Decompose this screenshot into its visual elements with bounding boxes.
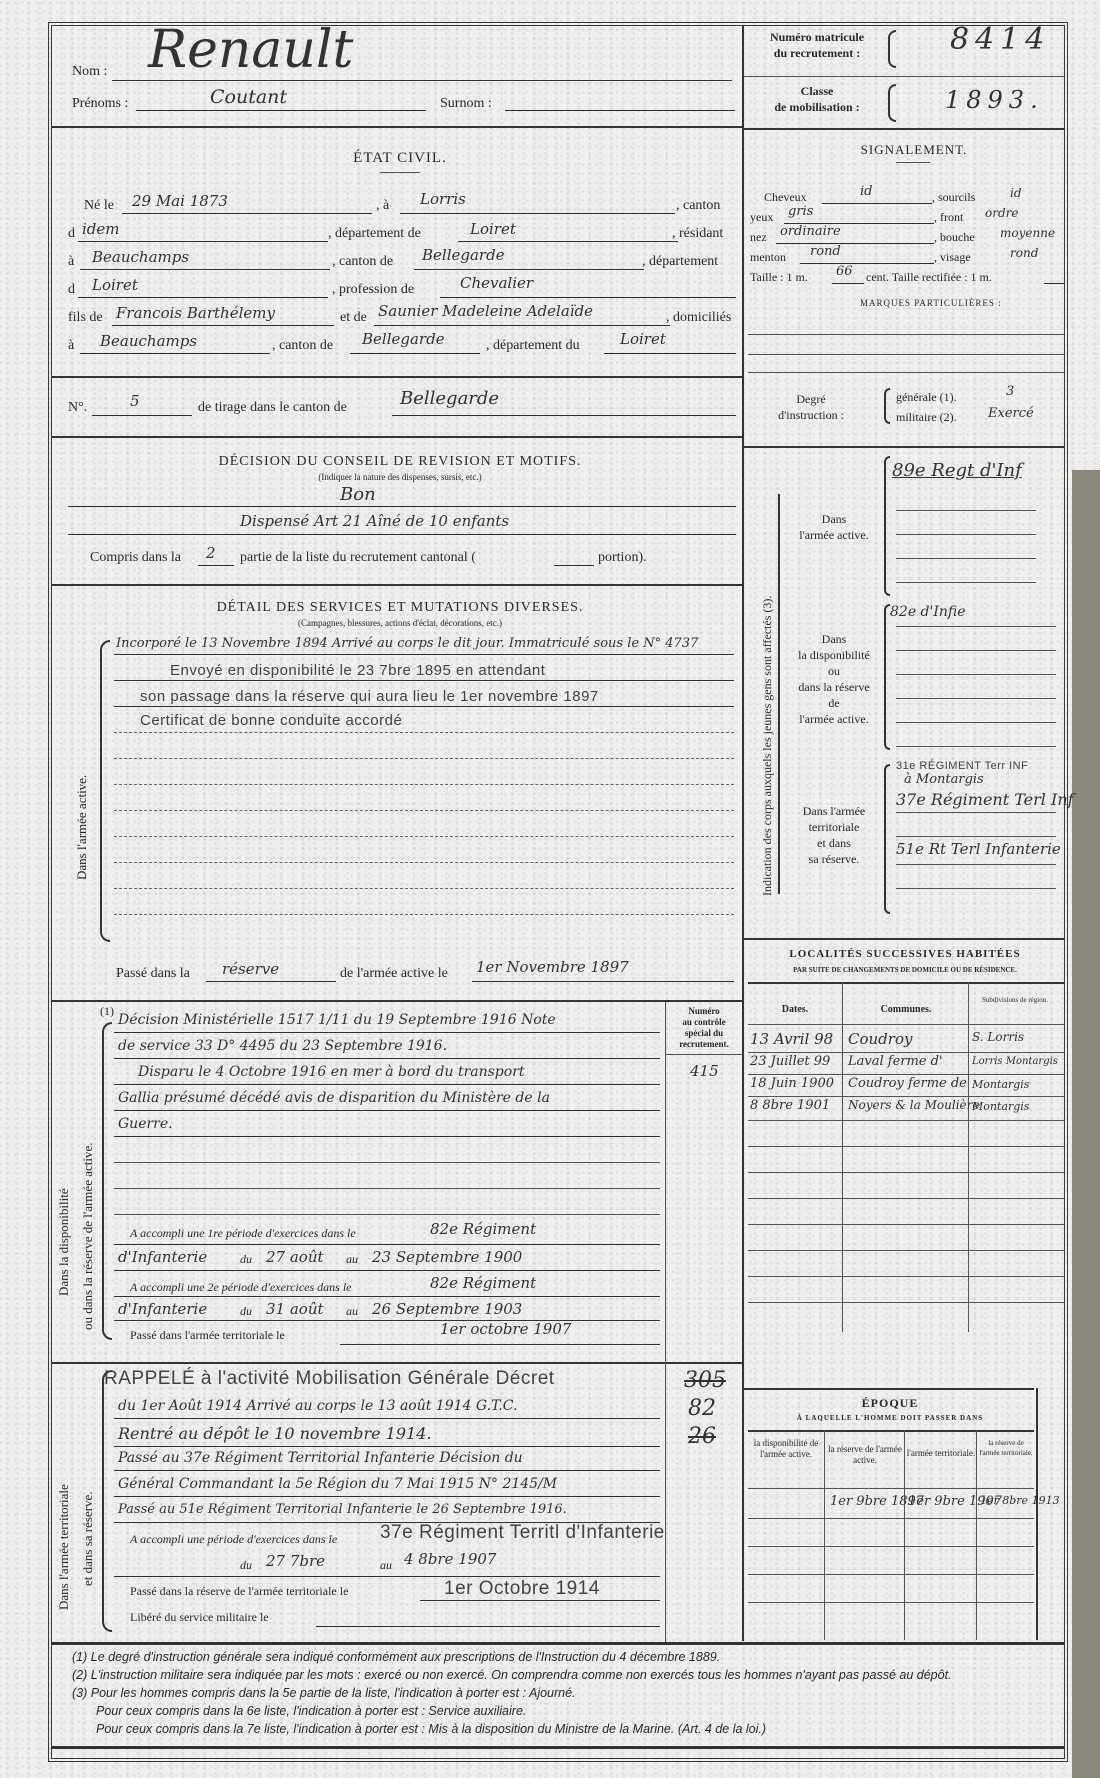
- epoque-rule: [748, 1602, 1034, 1603]
- decision-subtitle: (Indiquer la nature des dispenses, sursi…: [250, 472, 550, 482]
- footnote-5: Pour ceux compris dans la 7e liste, l'in…: [96, 1722, 766, 1736]
- dispo-label-2: ou: [784, 664, 884, 679]
- service-line-4: Certificat de bonne conduite accordé: [140, 712, 402, 729]
- divider: [52, 584, 742, 586]
- signalement-title: SIGNALEMENT.: [844, 142, 984, 158]
- terr-value-3: 51e Rt Terl Infanterie: [896, 840, 1061, 858]
- ne-le-label: Né le: [84, 198, 114, 214]
- matricule-label-1: Numéro matricule: [752, 30, 882, 45]
- instruction-label-2: d'instruction :: [756, 408, 866, 423]
- localites-rule: [748, 1074, 1064, 1075]
- compris-label-1: Compris dans la: [90, 550, 181, 566]
- sourcils-value: id: [1010, 186, 1022, 200]
- a-label: , à: [376, 198, 389, 214]
- localites-subtitle: PAR SUITE DE CHANGEMENTS DE DOMICILE OU …: [760, 966, 1050, 974]
- visage-label: , visage: [934, 250, 971, 265]
- divider: [52, 1362, 742, 1364]
- epoque-col-divider: [824, 1430, 825, 1640]
- nez-value: ordinaire: [780, 224, 841, 239]
- nez-underline: [776, 243, 934, 244]
- residant-label: , résidant: [672, 226, 723, 242]
- localites-rule: [748, 1052, 1064, 1053]
- dispo-label-5: l'armée active.: [784, 712, 884, 727]
- instruction-brace: [884, 388, 890, 424]
- localites-col-divider: [968, 982, 969, 1332]
- territoriale-label: Passé dans l'armée territoriale le: [130, 1328, 285, 1343]
- corps-rule: [896, 558, 1036, 559]
- reserve-brace: [102, 1022, 112, 1340]
- ex1-du-label: du: [240, 1252, 252, 1267]
- yeux-value: gris: [788, 204, 813, 219]
- taille-rectifiee-underline: [1044, 283, 1064, 284]
- cheveux-value: id: [860, 184, 872, 199]
- departement2-underline: [78, 297, 328, 298]
- compris-underline: [198, 565, 234, 566]
- localite-subdivision-3: Montargis: [972, 1100, 1029, 1113]
- services-side-label: Dans l'armée active.: [74, 775, 90, 880]
- ex1-value-a: 82e Régiment: [430, 1220, 536, 1238]
- ex1-value-b: d'Infanterie: [118, 1248, 207, 1266]
- ex1-au-label: au: [346, 1252, 358, 1267]
- service-rule: [114, 732, 734, 733]
- ex2-value-a: 82e Régiment: [430, 1274, 536, 1292]
- controle-header-1: Numéro: [666, 1006, 742, 1016]
- reserve-rule: [114, 1032, 660, 1033]
- profession-label: , profession de: [332, 282, 414, 298]
- epoque-header-rule: [748, 1430, 1034, 1432]
- bouche-label: , bouche: [934, 230, 975, 245]
- localite-commune-2: Coudroy ferme de: [848, 1076, 967, 1091]
- passe-underline-1: [206, 981, 336, 982]
- canton2-label: , canton de: [332, 254, 393, 270]
- mere-underline: [374, 325, 670, 326]
- nez-label: nez: [750, 230, 767, 245]
- localite-subdivision-1: Lorris Montargis: [972, 1056, 1058, 1067]
- dispo-label-4: de: [784, 696, 884, 711]
- canton-label: , canton: [676, 198, 720, 214]
- menton-label: menton: [750, 250, 786, 265]
- corps-rule: [896, 812, 1056, 813]
- active-label-1: Dans: [784, 512, 884, 527]
- bouche-value: moyenne: [1000, 226, 1055, 240]
- residant-underline: [80, 269, 330, 270]
- territoriale-rule: [114, 1418, 660, 1419]
- footnote-3: (3) Pour les hommes compris dans la 5e p…: [72, 1686, 576, 1700]
- terr-value-1: à Montargis: [904, 772, 984, 787]
- active-brace: [884, 456, 890, 596]
- reserve-line-2: de service 33 D° 4495 du 23 Septembre 19…: [118, 1038, 447, 1054]
- localites-rule: [748, 1024, 1064, 1025]
- title-rule: [896, 162, 930, 163]
- canton2-underline: [414, 269, 644, 270]
- nom-underline: [112, 80, 732, 81]
- reserve-footnote-mark: (1): [100, 1004, 114, 1019]
- epoque-col-2: l'armée territoriale.: [906, 1448, 976, 1459]
- service-rule: [114, 836, 734, 837]
- departement-value: Loiret: [470, 220, 516, 238]
- service-rule: [114, 654, 734, 655]
- reserve-line-1: Décision Ministérielle 1517 1/11 du 19 S…: [118, 1012, 556, 1028]
- service-rule: [114, 888, 734, 889]
- localites-col-subdivisions: Subdivisions de région.: [970, 996, 1060, 1004]
- corps-rule: [896, 582, 1036, 583]
- localites-rule: [748, 1302, 1064, 1303]
- divider: [52, 126, 742, 128]
- passe-underline-2: [472, 981, 734, 982]
- controle-value-1: 305: [684, 1368, 726, 1393]
- footnote-4: Pour ceux compris dans la 6e liste, l'in…: [96, 1704, 526, 1718]
- corps-rule: [896, 722, 1056, 723]
- divider: [744, 76, 1064, 77]
- localites-col-dates: Dates.: [750, 1004, 840, 1015]
- yeux-label: yeux: [750, 210, 773, 225]
- active-label-2: l'armée active.: [784, 528, 884, 543]
- terr-ex-label: A accompli une période d'exercices dans …: [130, 1532, 337, 1547]
- terr-ex-du-label: du: [240, 1558, 252, 1573]
- localite-date-1: 23 Juillet 99: [750, 1054, 830, 1069]
- localite-date-3: 8 8bre 1901: [750, 1098, 830, 1113]
- departement-underline: [458, 241, 678, 242]
- profession-underline: [440, 297, 736, 298]
- controle-divider: [665, 1002, 666, 1362]
- corps-rule: [896, 650, 1056, 651]
- epoque-right-divider: [1036, 1388, 1038, 1640]
- divider: [52, 436, 742, 438]
- corps-side-label: Indication des corps auxquels les jeunes…: [760, 596, 775, 896]
- reserve-rule: [114, 1320, 660, 1321]
- service-rule: [114, 706, 734, 707]
- canton2-value: Bellegarde: [422, 246, 505, 264]
- tirage-canton-underline: [392, 415, 736, 416]
- controle-value: 415: [690, 1062, 719, 1080]
- profession-value: Chevalier: [460, 274, 533, 292]
- epoque-rule: [748, 1574, 1034, 1575]
- ex2-label: A accompli une 2e période d'exercices da…: [130, 1280, 352, 1295]
- controle-value-2: 82: [688, 1396, 716, 1421]
- localites-header-rule: [748, 982, 1064, 984]
- classe-brace: [888, 84, 896, 122]
- pere-value: Francois Barthélemy: [116, 304, 275, 322]
- localites-col-divider: [842, 982, 843, 1332]
- localites-rule: [748, 1250, 1064, 1251]
- bottom-border: [52, 1746, 1064, 1749]
- taille-label: Taille : 1 m.: [750, 270, 808, 285]
- corps-rule: [896, 864, 1056, 865]
- epoque-rule: [748, 1546, 1034, 1547]
- service-rule: [114, 784, 734, 785]
- territoriale-side-label-1: Dans l'armée territoriale: [56, 1484, 72, 1610]
- corps-rule: [896, 746, 1056, 747]
- domicile-underline: [80, 353, 270, 354]
- marques-rule: [748, 334, 1064, 335]
- localites-rule: [748, 1198, 1064, 1199]
- territoriale-underline: [340, 1344, 660, 1345]
- classe-label-1: Classe: [752, 84, 882, 99]
- column-divider: [742, 26, 744, 1641]
- classe-value: 1893.: [945, 86, 1044, 114]
- residant-a-value: Beauchamps: [92, 248, 189, 266]
- ex2-value-b: d'Infanterie: [118, 1300, 207, 1318]
- terr-value-0: 31e RÉGIMENT Terr INF: [896, 760, 1028, 772]
- ex1-du-value: 27 août: [266, 1248, 324, 1266]
- pere-underline: [112, 325, 334, 326]
- ex2-au-value: 26 Septembre 1903: [372, 1300, 522, 1318]
- epoque-subtitle: À LAQUELLE L'HOMME DOIT PASSER DANS: [760, 1414, 1020, 1422]
- territoriale-brace: [102, 1370, 112, 1632]
- terr-ex-au-value: 4 8bre 1907: [404, 1550, 496, 1568]
- mere-value: Saunier Madeleine Adelaïde: [378, 302, 593, 320]
- decision-underline-1: [68, 506, 736, 507]
- taille-value: 66: [836, 264, 853, 279]
- divider: [52, 376, 742, 378]
- reserve-rule: [114, 1058, 660, 1059]
- epoque-col-3: la réserve de l'armée territoriale.: [978, 1438, 1034, 1458]
- territoriale-value: 1er octobre 1907: [440, 1320, 571, 1338]
- domicile-dept-underline: [604, 353, 736, 354]
- ex1-au-value: 23 Septembre 1900: [372, 1248, 522, 1266]
- territoriale-line-5: Général Commandant la 5e Région du 7 Mai…: [118, 1476, 557, 1492]
- passe-value-1: réserve: [222, 960, 279, 978]
- localites-title: LOCALITÉS SUCCESSIVES HABITÉES: [760, 948, 1050, 960]
- front-label: , front: [934, 210, 963, 225]
- corps-rule: [896, 698, 1056, 699]
- departement2-label: , département: [642, 254, 718, 270]
- sourcils-label: , sourcils: [932, 190, 975, 205]
- passe-value-2: 1er Novembre 1897: [476, 958, 629, 976]
- domicile-dept-label: , département du: [486, 338, 580, 354]
- service-line-2: Envoyé en disponibilité le 23 7bre 1895 …: [170, 662, 545, 679]
- dispo-label-3: dans la réserve: [784, 680, 884, 695]
- epoque-rule: [748, 1518, 1034, 1519]
- controle-divider-2: [665, 1362, 666, 1642]
- territoriale-line-3: Rentré au dépôt le 10 novembre 1914.: [118, 1424, 431, 1443]
- service-rule: [114, 810, 734, 811]
- corps-rule: [896, 626, 1056, 627]
- divider: [52, 1000, 742, 1002]
- marques-rule: [748, 354, 1064, 355]
- localites-rule: [748, 1146, 1064, 1147]
- tirage-no-value: 5: [130, 392, 140, 410]
- territoriale-line-4: Passé au 37e Régiment Territorial Infant…: [118, 1450, 523, 1466]
- tirage-no-label: N°.: [68, 400, 87, 416]
- matricule-value: 8414: [950, 22, 1050, 57]
- divider: [744, 1388, 1034, 1390]
- ex2-du-value: 31 août: [266, 1300, 324, 1318]
- militaire-value: Exercé: [988, 406, 1034, 421]
- generale-label: générale (1).: [896, 390, 957, 405]
- corps-rule: [896, 510, 1036, 511]
- dispo-label-0: Dans: [784, 632, 884, 647]
- departement2-value: Loiret: [92, 276, 138, 294]
- service-line-3: son passage dans la réserve qui aura lie…: [140, 688, 599, 705]
- localites-rule: [748, 1172, 1064, 1173]
- localite-commune-3: Noyers & la Moulière: [848, 1098, 979, 1112]
- terr-reserve-label: Passé dans la réserve de l'armée territo…: [130, 1584, 348, 1599]
- corps-rule: [896, 836, 1056, 837]
- reserve-line-4: Gallia présumé décédé avis de disparitio…: [118, 1090, 550, 1106]
- terr-label-0: Dans l'armée: [784, 804, 884, 819]
- etat-civil-title: ÉTAT CIVIL.: [300, 150, 500, 167]
- corps-rule: [896, 888, 1056, 889]
- localites-rule: [748, 1276, 1064, 1277]
- ne-le-underline: [122, 213, 372, 214]
- epoque-rule: [748, 1488, 1034, 1489]
- service-rule: [114, 862, 734, 863]
- compris-value: 2: [206, 544, 216, 562]
- footnote-1: (1) Le degré d'instruction générale sera…: [72, 1650, 720, 1664]
- epoque-title: ÉPOQUE: [760, 1396, 1020, 1411]
- territoriale-line-2: du 1er Août 1914 Arrivé au corps le 13 a…: [118, 1398, 517, 1414]
- fils-de-label: fils de: [68, 310, 103, 326]
- controle-rule: [666, 1054, 742, 1055]
- title-rule: [380, 172, 420, 173]
- corps-side-rule: [778, 494, 780, 894]
- services-brace: [100, 640, 110, 942]
- menton-underline: [800, 263, 934, 264]
- domicilies-label: , domiciliés: [666, 310, 731, 326]
- militaire-label: militaire (2).: [896, 410, 957, 425]
- dispo-label-1: la disponibilité: [784, 648, 884, 663]
- divider: [744, 938, 1064, 940]
- decision-line-2: Dispensé Art 21 Aîné de 10 enfants: [240, 512, 509, 530]
- terr-ex-value: 37e Régiment Territl d'Infanterie: [380, 1522, 665, 1544]
- territoriale-rule: [114, 1496, 660, 1497]
- terr-label-2: et dans: [784, 836, 884, 851]
- epoque-col-1: la réserve de l'armée active.: [826, 1444, 904, 1466]
- taille-underline: [832, 283, 864, 284]
- localite-commune-0: Coudroy: [848, 1030, 912, 1048]
- epoque-col-0: la disponibilité de l'armée active.: [748, 1438, 824, 1460]
- reserve-rule: [114, 1188, 660, 1189]
- localites-col-communes: Communes.: [844, 1004, 968, 1015]
- taille-cent-label: cent. Taille rectifiée : 1 m.: [866, 270, 992, 285]
- controle-header-3: spécial du: [666, 1028, 742, 1038]
- instruction-label-1: Degré: [756, 392, 866, 407]
- corps-rule: [896, 674, 1056, 675]
- footnotes-divider: [52, 1642, 1064, 1645]
- controle-header-2: au contrôle: [666, 1017, 742, 1027]
- service-line-1: Incorporé le 13 Novembre 1894 Arrivé au …: [116, 636, 698, 651]
- reserve-rule: [114, 1136, 660, 1137]
- matricule-label-2: du recrutement :: [752, 46, 882, 61]
- compris-label-2: partie de la liste du recrutement canton…: [240, 550, 476, 566]
- visage-value: rond: [1010, 246, 1038, 260]
- menton-value: rond: [810, 244, 841, 259]
- cheveux-underline: [822, 203, 932, 204]
- localite-commune-1: Laval ferme d': [848, 1054, 943, 1069]
- domicile-canton-underline: [350, 353, 480, 354]
- corps-rule: [896, 534, 1036, 535]
- terr-ex-au-label: au: [380, 1558, 392, 1573]
- epoque-value-3: 1er 8bre 1913: [980, 1494, 1060, 1507]
- divider: [744, 446, 1064, 448]
- reserve-line-3: Disparu le 4 Octobre 1916 en mer à bord …: [138, 1064, 525, 1080]
- marques-rule: [748, 372, 1064, 373]
- terr-brace: [884, 764, 890, 914]
- service-rule: [114, 758, 734, 759]
- portion-underline: [554, 565, 594, 566]
- libere-label: Libéré du service militaire le: [130, 1610, 269, 1625]
- reserve-rule: [114, 1214, 660, 1215]
- ne-le-value: 29 Mai 1873: [132, 192, 228, 210]
- departement-label: , département de: [328, 226, 421, 242]
- decision-title: DÉCISION DU CONSEIL DE REVISION ET MOTIF…: [150, 454, 650, 470]
- dispo-brace: [884, 604, 890, 750]
- tirage-label: de tirage dans le canton de: [198, 400, 347, 416]
- territoriale-line-6: Passé au 51e Régiment Territorial Infant…: [118, 1502, 567, 1517]
- surnom-underline: [505, 110, 735, 111]
- terr-ex-du-value: 27 7bre: [266, 1552, 325, 1570]
- tirage-canton-value: Bellegarde: [400, 388, 499, 409]
- passe-label-2: de l'armée active le: [340, 966, 448, 982]
- reserve-rule: [114, 1110, 660, 1111]
- epoque-col-divider: [904, 1430, 905, 1640]
- localites-rule: [748, 1224, 1064, 1225]
- terr-label-3: sa réserve.: [784, 852, 884, 867]
- reserve-rule: [114, 1162, 660, 1163]
- reserve-rule: [114, 1270, 660, 1271]
- divider: [744, 128, 1064, 130]
- services-subtitle: (Campagnes, blessures, actions d'éclat, …: [250, 618, 550, 628]
- ex2-au-label: au: [346, 1304, 358, 1319]
- reserve-rule: [114, 1244, 660, 1245]
- terr-reserve-underline: [420, 1600, 660, 1601]
- dispo-value: 82e d'Infie: [890, 604, 966, 620]
- front-value: ordre: [985, 206, 1018, 220]
- epoque-col-divider: [976, 1430, 977, 1640]
- territoriale-rule: [114, 1576, 660, 1577]
- footnote-2: (2) L'instruction militaire sera indiqué…: [72, 1668, 952, 1682]
- decision-underline-2: [68, 534, 736, 535]
- reserve-line-5: Guerre.: [118, 1116, 173, 1132]
- a-underline: [400, 213, 675, 214]
- scan-edge-shadow: [1072, 470, 1100, 1778]
- nom-value: Renault: [148, 20, 353, 80]
- localite-date-2: 18 Juin 1900: [750, 1076, 834, 1091]
- localites-rule: [748, 1096, 1064, 1097]
- ex2-du-label: du: [240, 1304, 252, 1319]
- domicile-canton-label: , canton de: [272, 338, 333, 354]
- terr-label-1: territoriale: [784, 820, 884, 835]
- territoriale-side-label-2: et dans sa réserve.: [80, 1491, 96, 1586]
- generale-value: 3: [1006, 384, 1014, 399]
- territoriale-rule: [114, 1470, 660, 1471]
- prenoms-value: Coutant: [210, 86, 287, 108]
- localite-date-0: 13 Avril 98: [750, 1030, 833, 1048]
- registration-card: Nom : Renault Prénoms : Coutant Surnom :…: [0, 0, 1100, 1778]
- terr-reserve-value: 1er Octobre 1914: [444, 1578, 600, 1600]
- localites-rule: [748, 1120, 1064, 1121]
- domicile-dept-value: Loiret: [620, 330, 666, 348]
- services-title: DÉTAIL DES SERVICES ET MUTATIONS DIVERSE…: [150, 600, 650, 616]
- territoriale-line-1: RAPPELÉ à l'activité Mobilisation Généra…: [104, 1368, 555, 1390]
- nom-label: Nom :: [72, 64, 107, 80]
- reserve-side-label-1: Dans la disponibilité: [56, 1188, 72, 1296]
- a-value: Lorris: [420, 190, 466, 208]
- service-rule: [114, 680, 734, 681]
- controle-header-4: recrutement.: [666, 1039, 742, 1049]
- decision-line-1: Bon: [340, 484, 376, 505]
- domicile-canton-value: Bellegarde: [362, 330, 445, 348]
- ex1-label: A accompli une 1re période d'exercices d…: [130, 1226, 356, 1241]
- reserve-rule: [114, 1296, 660, 1297]
- surnom-label: Surnom :: [440, 96, 492, 112]
- marques-label: MARQUES PARTICULIÈRES :: [860, 298, 1002, 308]
- prenoms-underline: [136, 110, 426, 111]
- compris-label-3: portion).: [598, 550, 647, 566]
- libere-underline: [316, 1626, 660, 1627]
- terr-value-2: 37e Régiment Terl Inf: [896, 790, 1074, 809]
